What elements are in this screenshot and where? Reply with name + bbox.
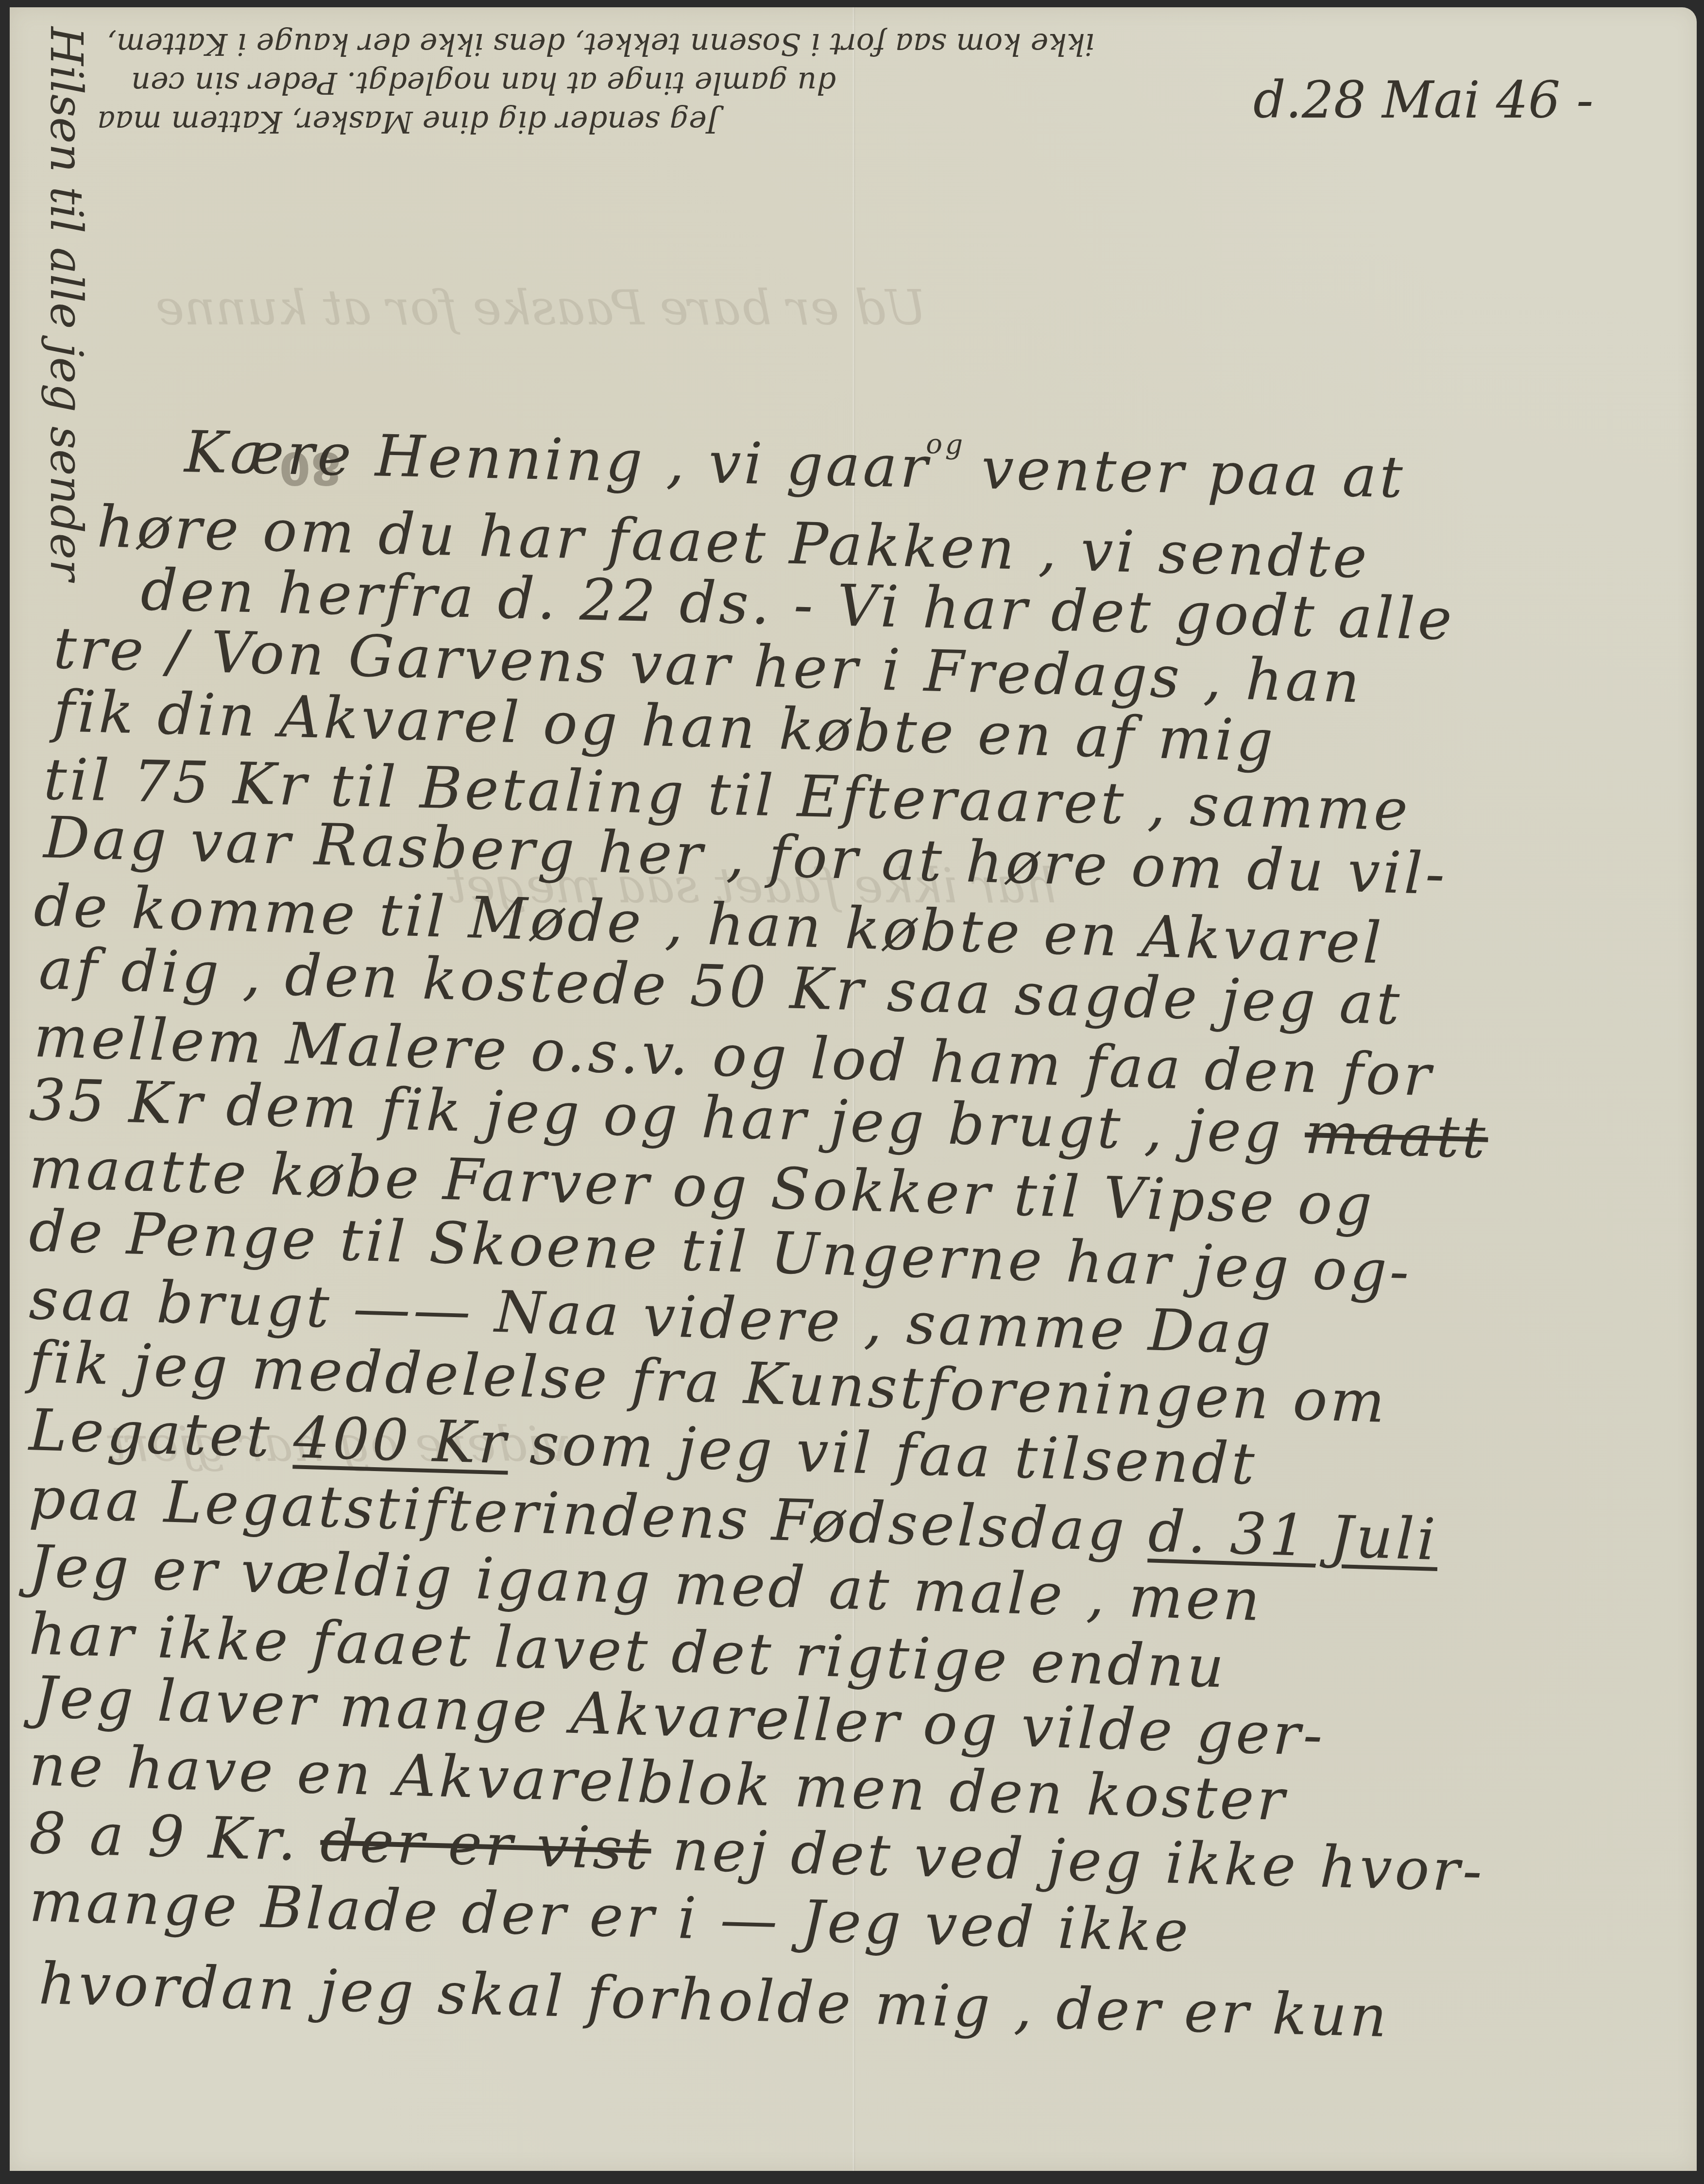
crossed-out-phrase: der er vist (320, 1807, 652, 1883)
margin-greeting-note: Hilsen til alle jeg sender (40, 27, 92, 581)
crossed-out-word: maatt (1304, 1100, 1489, 1171)
underlined-date: d. 31 Juli (1147, 1497, 1439, 1573)
upside-down-note-line-3: Jeg sender dig dine Masker, Kattem maa (97, 104, 719, 140)
letter-page: Ud er bare Paaske for at kunne har ikke … (10, 7, 1697, 2171)
letter-line-24: hvordan jeg skal forholde mig , der er k… (38, 1955, 1391, 2045)
letter-date: d.28 Mai 46 - (1253, 70, 1593, 130)
underlined-amount: 400 Kr (292, 1404, 510, 1476)
letter-line-1: Kære Henning , vi gaarog venter paa at (184, 415, 1406, 506)
upside-down-note-line-2: du gamle tinge at han nogledgt. Peder si… (131, 66, 836, 101)
inserted-word: og (926, 428, 966, 461)
bleed-through-text: Ud er bare Paaske for at kunne (155, 279, 927, 336)
upside-down-note-line-1: ikke kom saa fort i Sosenn tekket, dens … (107, 27, 1094, 62)
